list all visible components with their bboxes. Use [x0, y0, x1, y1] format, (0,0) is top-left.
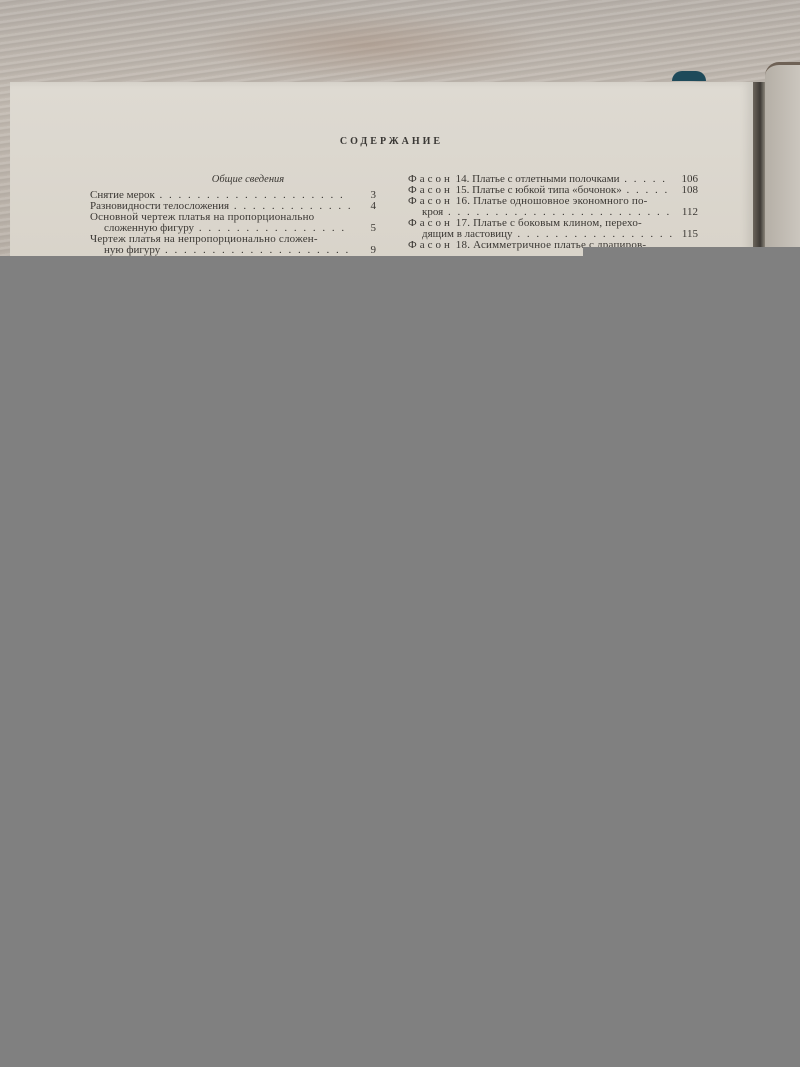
toc-entry-text: 17. Платье с боковым клином, перехо-	[456, 217, 642, 229]
toc-entry: Фасон 16. Платье одношовное экономного п…	[408, 196, 698, 218]
toc-page-number: 108	[672, 185, 698, 196]
toc-entry-text: 16. Платье одношовное экономного по-	[456, 195, 648, 207]
toc-entry: Разновидности телосложения 4	[90, 201, 376, 212]
toc-entry-label-continued: ную фигуру	[104, 245, 350, 256]
toc-entry-label: Фасон 16. Платье одношовное экономного п…	[408, 196, 698, 207]
fason-prefix: Фасон	[408, 185, 453, 196]
fason-prefix: Фасон	[408, 217, 453, 229]
toc-page-number: 9	[350, 245, 376, 256]
toc-page-number: 5	[350, 223, 376, 234]
toc-entry-label: Фасон 15. Платье с юбкой типа «бочонок»	[408, 185, 672, 196]
toc-entry-label: Чертеж платья на непропорционально сложе…	[90, 234, 376, 245]
toc-entry-label-continued: дящим в ластовицу	[422, 229, 672, 240]
toc-page-number: 112	[672, 207, 698, 218]
fason-prefix: Фасон	[408, 174, 453, 185]
toc-right-column: Фасон 14. Платье с отлетными полочками 1…	[408, 174, 698, 251]
toc-entry-text: 14. Платье с отлетными полочками	[456, 174, 620, 185]
toc-page-number: 4	[350, 201, 376, 212]
section-heading: Общие сведения	[120, 174, 376, 185]
toc-left-column: Общие сведения Снятие мерок 3 Разновидно…	[90, 174, 376, 256]
toc-page-number: 115	[672, 229, 698, 240]
toc-entry-label: Разновидности телосложения	[90, 201, 350, 212]
toc-entry: Снятие мерок 3	[90, 190, 376, 201]
book-spine-gutter	[753, 82, 765, 272]
toc-entry-label: Основной чертеж платья на пропорциональн…	[90, 212, 376, 223]
redaction-overlay	[0, 256, 800, 1067]
toc-entry-label: Фасон 17. Платье с боковым клином, перех…	[408, 218, 698, 229]
wood-grain-patch	[190, 10, 550, 80]
toc-entry-label: Фасон 14. Платье с отлетными полочками	[408, 174, 672, 185]
blue-cover-corner	[672, 71, 706, 81]
page-title: СОДЕРЖАНИЕ	[0, 136, 783, 147]
toc-entry: Фасон 17. Платье с боковым клином, перех…	[408, 218, 698, 240]
toc-entry: Фасон 15. Платье с юбкой типа «бочонок» …	[408, 185, 698, 196]
toc-entry-label: Снятие мерок	[90, 190, 350, 201]
toc-entry: Чертеж платья на непропорционально сложе…	[90, 234, 376, 256]
toc-entry: Основной чертеж платья на пропорциональн…	[90, 212, 376, 234]
toc-entry-label-continued: кроя	[422, 207, 672, 218]
toc-entry-text: 15. Платье с юбкой типа «бочонок»	[456, 185, 622, 196]
toc-entry: Фасон 14. Платье с отлетными полочками 1…	[408, 174, 698, 185]
toc-entry-label-continued: сложенную фигуру	[104, 223, 350, 234]
fason-prefix: Фасон	[408, 239, 453, 251]
fason-prefix: Фасон	[408, 195, 453, 207]
book-right-page-edge	[765, 62, 800, 275]
